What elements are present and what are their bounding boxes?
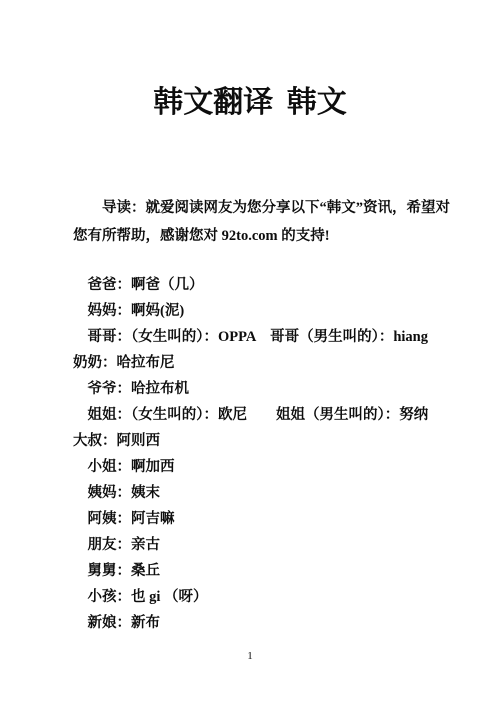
page-title: 韩文翻译 韩文	[0, 84, 500, 122]
term-line: 爷爷：哈拉布机	[73, 376, 453, 402]
term-line: 哥哥：（女生叫的）：OPPA 哥哥（男生叫的）：hiang	[73, 324, 453, 350]
term-line: 大叔：阿则西	[73, 428, 453, 454]
page-number: 1	[0, 649, 500, 663]
document-page: 韩文翻译 韩文 导读：就爱阅读网友为您分享以下“韩文”资讯，希望对您有所帮助，感…	[0, 0, 500, 707]
term-line: 奶奶：哈拉布尼	[73, 350, 453, 376]
term-line: 朋友：亲古	[73, 532, 453, 558]
intro-paragraph: 导读：就爱阅读网友为您分享以下“韩文”资讯，希望对您有所帮助，感谢您对 92to…	[73, 194, 443, 250]
term-line: 新娘：新布	[73, 610, 453, 636]
term-line: 阿姨：阿吉嘛	[73, 506, 453, 532]
term-line: 姐姐：（女生叫的）：欧尼 姐姐（男生叫的）：努纳	[73, 402, 453, 428]
term-line: 小孩：也 gi （呀）	[73, 584, 453, 610]
intro-line: 您有所帮助，感谢您对 92to.com 的支持!	[73, 222, 443, 250]
term-line: 姨妈：姨末	[73, 480, 453, 506]
intro-line: 导读：就爱阅读网友为您分享以下“韩文”资讯，希望对	[73, 194, 443, 222]
term-line: 爸爸：啊爸（几）	[73, 272, 453, 298]
term-line: 妈妈：啊妈(泥)	[73, 298, 453, 324]
term-line: 小姐：啊加西	[73, 454, 453, 480]
term-list: 爸爸：啊爸（几） 妈妈：啊妈(泥) 哥哥：（女生叫的）：OPPA 哥哥（男生叫的…	[73, 272, 453, 636]
term-line: 舅舅：桑丘	[73, 558, 453, 584]
